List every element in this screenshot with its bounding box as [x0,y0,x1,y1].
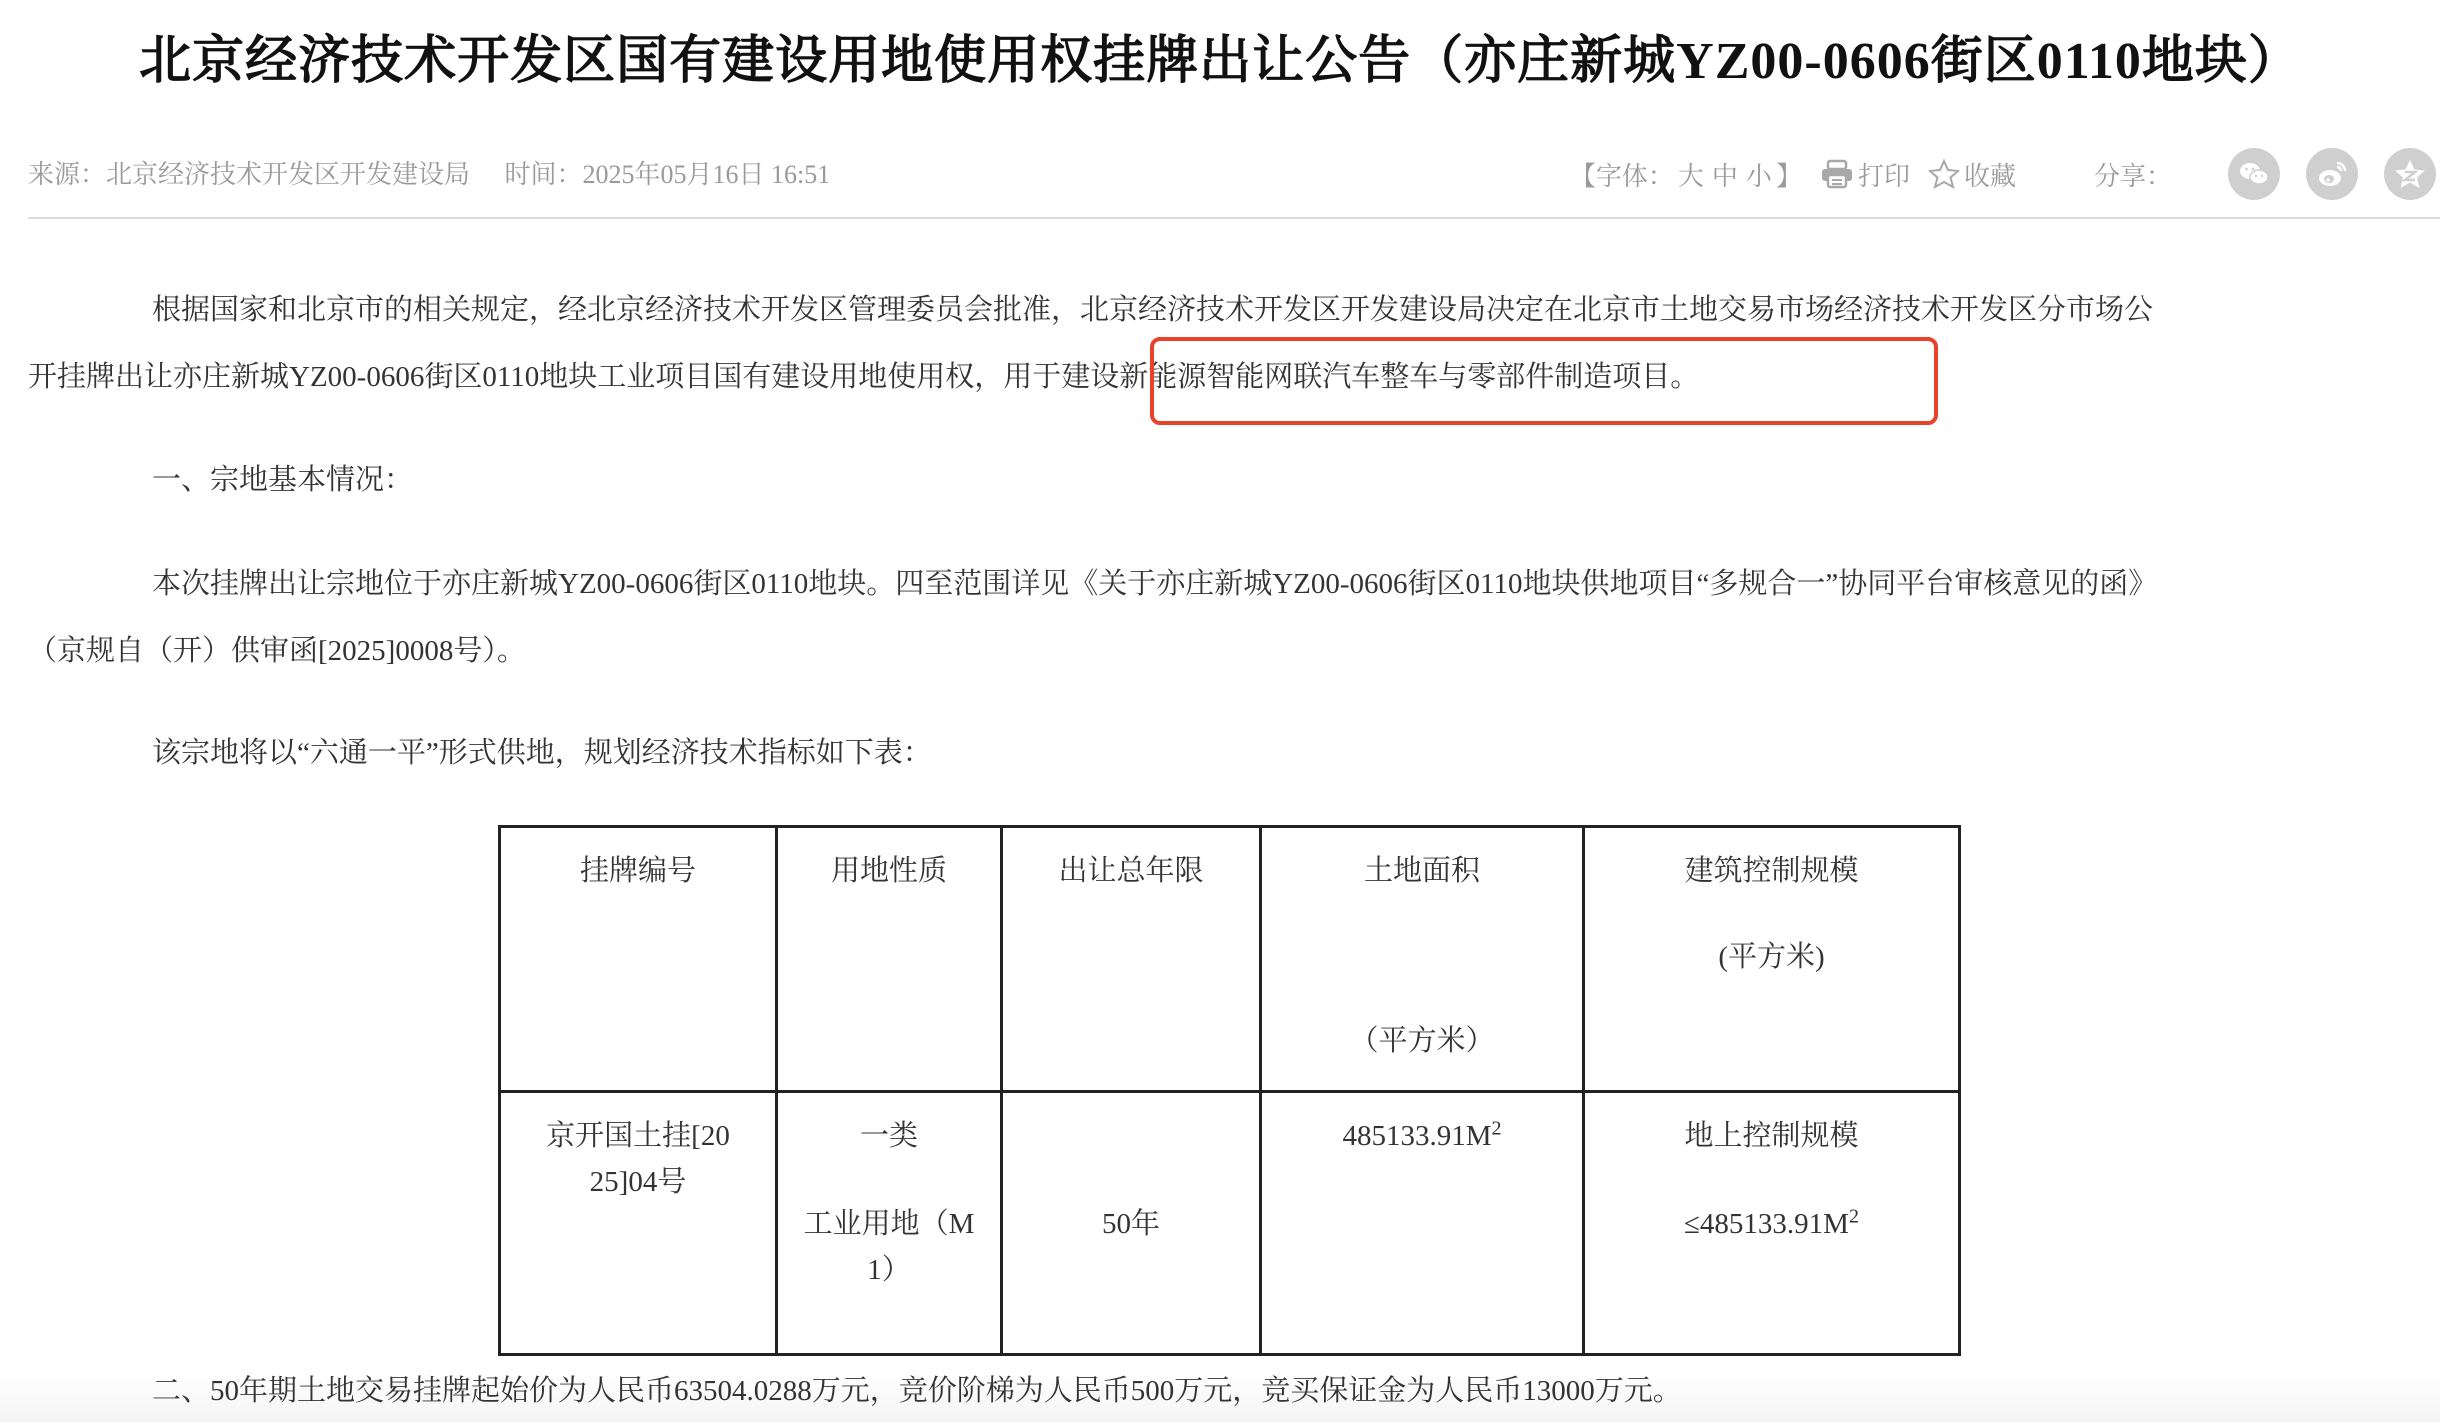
favorite-button[interactable]: 收藏 [1928,156,2016,193]
table-header-row: 挂牌编号 用地性质 出让总年限 土地面积 （平方米） 建筑控制规模 (平方米) [500,827,1960,1092]
paragraph-intro: 根据国家和北京市的相关规定，经北京经济技术开发区管理委员会批准，北京经济技术开发… [90,277,2370,411]
highlighted-purpose: 用于建设新能源智能网联汽车整车与零部件制造项目。 [1003,361,1699,393]
header-divider [28,217,2440,219]
cell-building-control: 地上控制规模 ≤485133.91M2 [1584,1092,1960,1355]
font-medium-button[interactable]: 中 [1712,162,1738,191]
header-listing-no: 挂牌编号 [500,827,777,1092]
share-qzone-button[interactable] [2384,148,2436,200]
paragraph-supply: 该宗地将以“六通一平”形式供地，规划经济技术指标如下表： [90,720,2370,787]
star-outline-icon [1928,158,1960,190]
cell-listing-no: 京开国土挂[20 25]04号 [500,1092,777,1355]
source-value: 北京经济技术开发区开发建设局 [106,160,470,189]
article-tools: 【字体：大中小】 打印 收藏 分享： [1570,146,2440,202]
section-heading-2: 二、50年期土地交易挂牌起始价为人民币63504.0288万元，竞价阶梯为人民币… [90,1358,2370,1422]
cell-term: 50年 [1002,1092,1261,1355]
section-heading-1: 一、宗地基本情况： [90,447,2370,514]
time-value: 2025年05月16日 16:51 [583,160,831,189]
share-label: 分享： [2094,156,2172,193]
page-title: 北京经济技术开发区国有建设用地使用权挂牌出让公告（亦庄新城YZ00-0606街区… [0,18,2440,93]
planning-indicators-table: 挂牌编号 用地性质 出让总年限 土地面积 （平方米） 建筑控制规模 (平方米) … [498,825,1961,1356]
header-land-area: 土地面积 （平方米） [1261,827,1584,1092]
weibo-icon [2316,159,2348,189]
font-size-selector: 【字体：大中小】 [1570,156,1802,193]
source-info: 来源：北京经济技术开发区开发建设局 [28,160,470,189]
header-land-use: 用地性质 [777,827,1002,1092]
table-row: 京开国土挂[20 25]04号 一类 工业用地（M 1） 50年 485133.… [500,1092,1960,1355]
font-large-button[interactable]: 大 [1678,162,1704,191]
share-wechat-button[interactable] [2228,148,2280,200]
article-meta: 来源：北京经济技术开发区开发建设局 时间：2025年05月16日 16:51 [28,154,858,191]
printer-icon [1820,159,1854,189]
cell-land-area: 485133.91M2 [1261,1092,1584,1355]
qzone-icon [2393,158,2427,190]
font-small-button[interactable]: 小 [1746,162,1772,191]
header-term: 出让总年限 [1002,827,1261,1092]
wechat-icon [2238,160,2270,188]
time-info: 时间：2025年05月16日 16:51 [505,160,831,189]
share-weibo-button[interactable] [2306,148,2358,200]
cell-land-use: 一类 工业用地（M 1） [777,1092,1002,1355]
print-button[interactable]: 打印 [1820,156,1910,193]
header-building-control: 建筑控制规模 (平方米) [1584,827,1960,1092]
paragraph-location: 本次挂牌出让宗地位于亦庄新城YZ00-0606街区0110地块。四至范围详见《关… [90,551,2370,685]
